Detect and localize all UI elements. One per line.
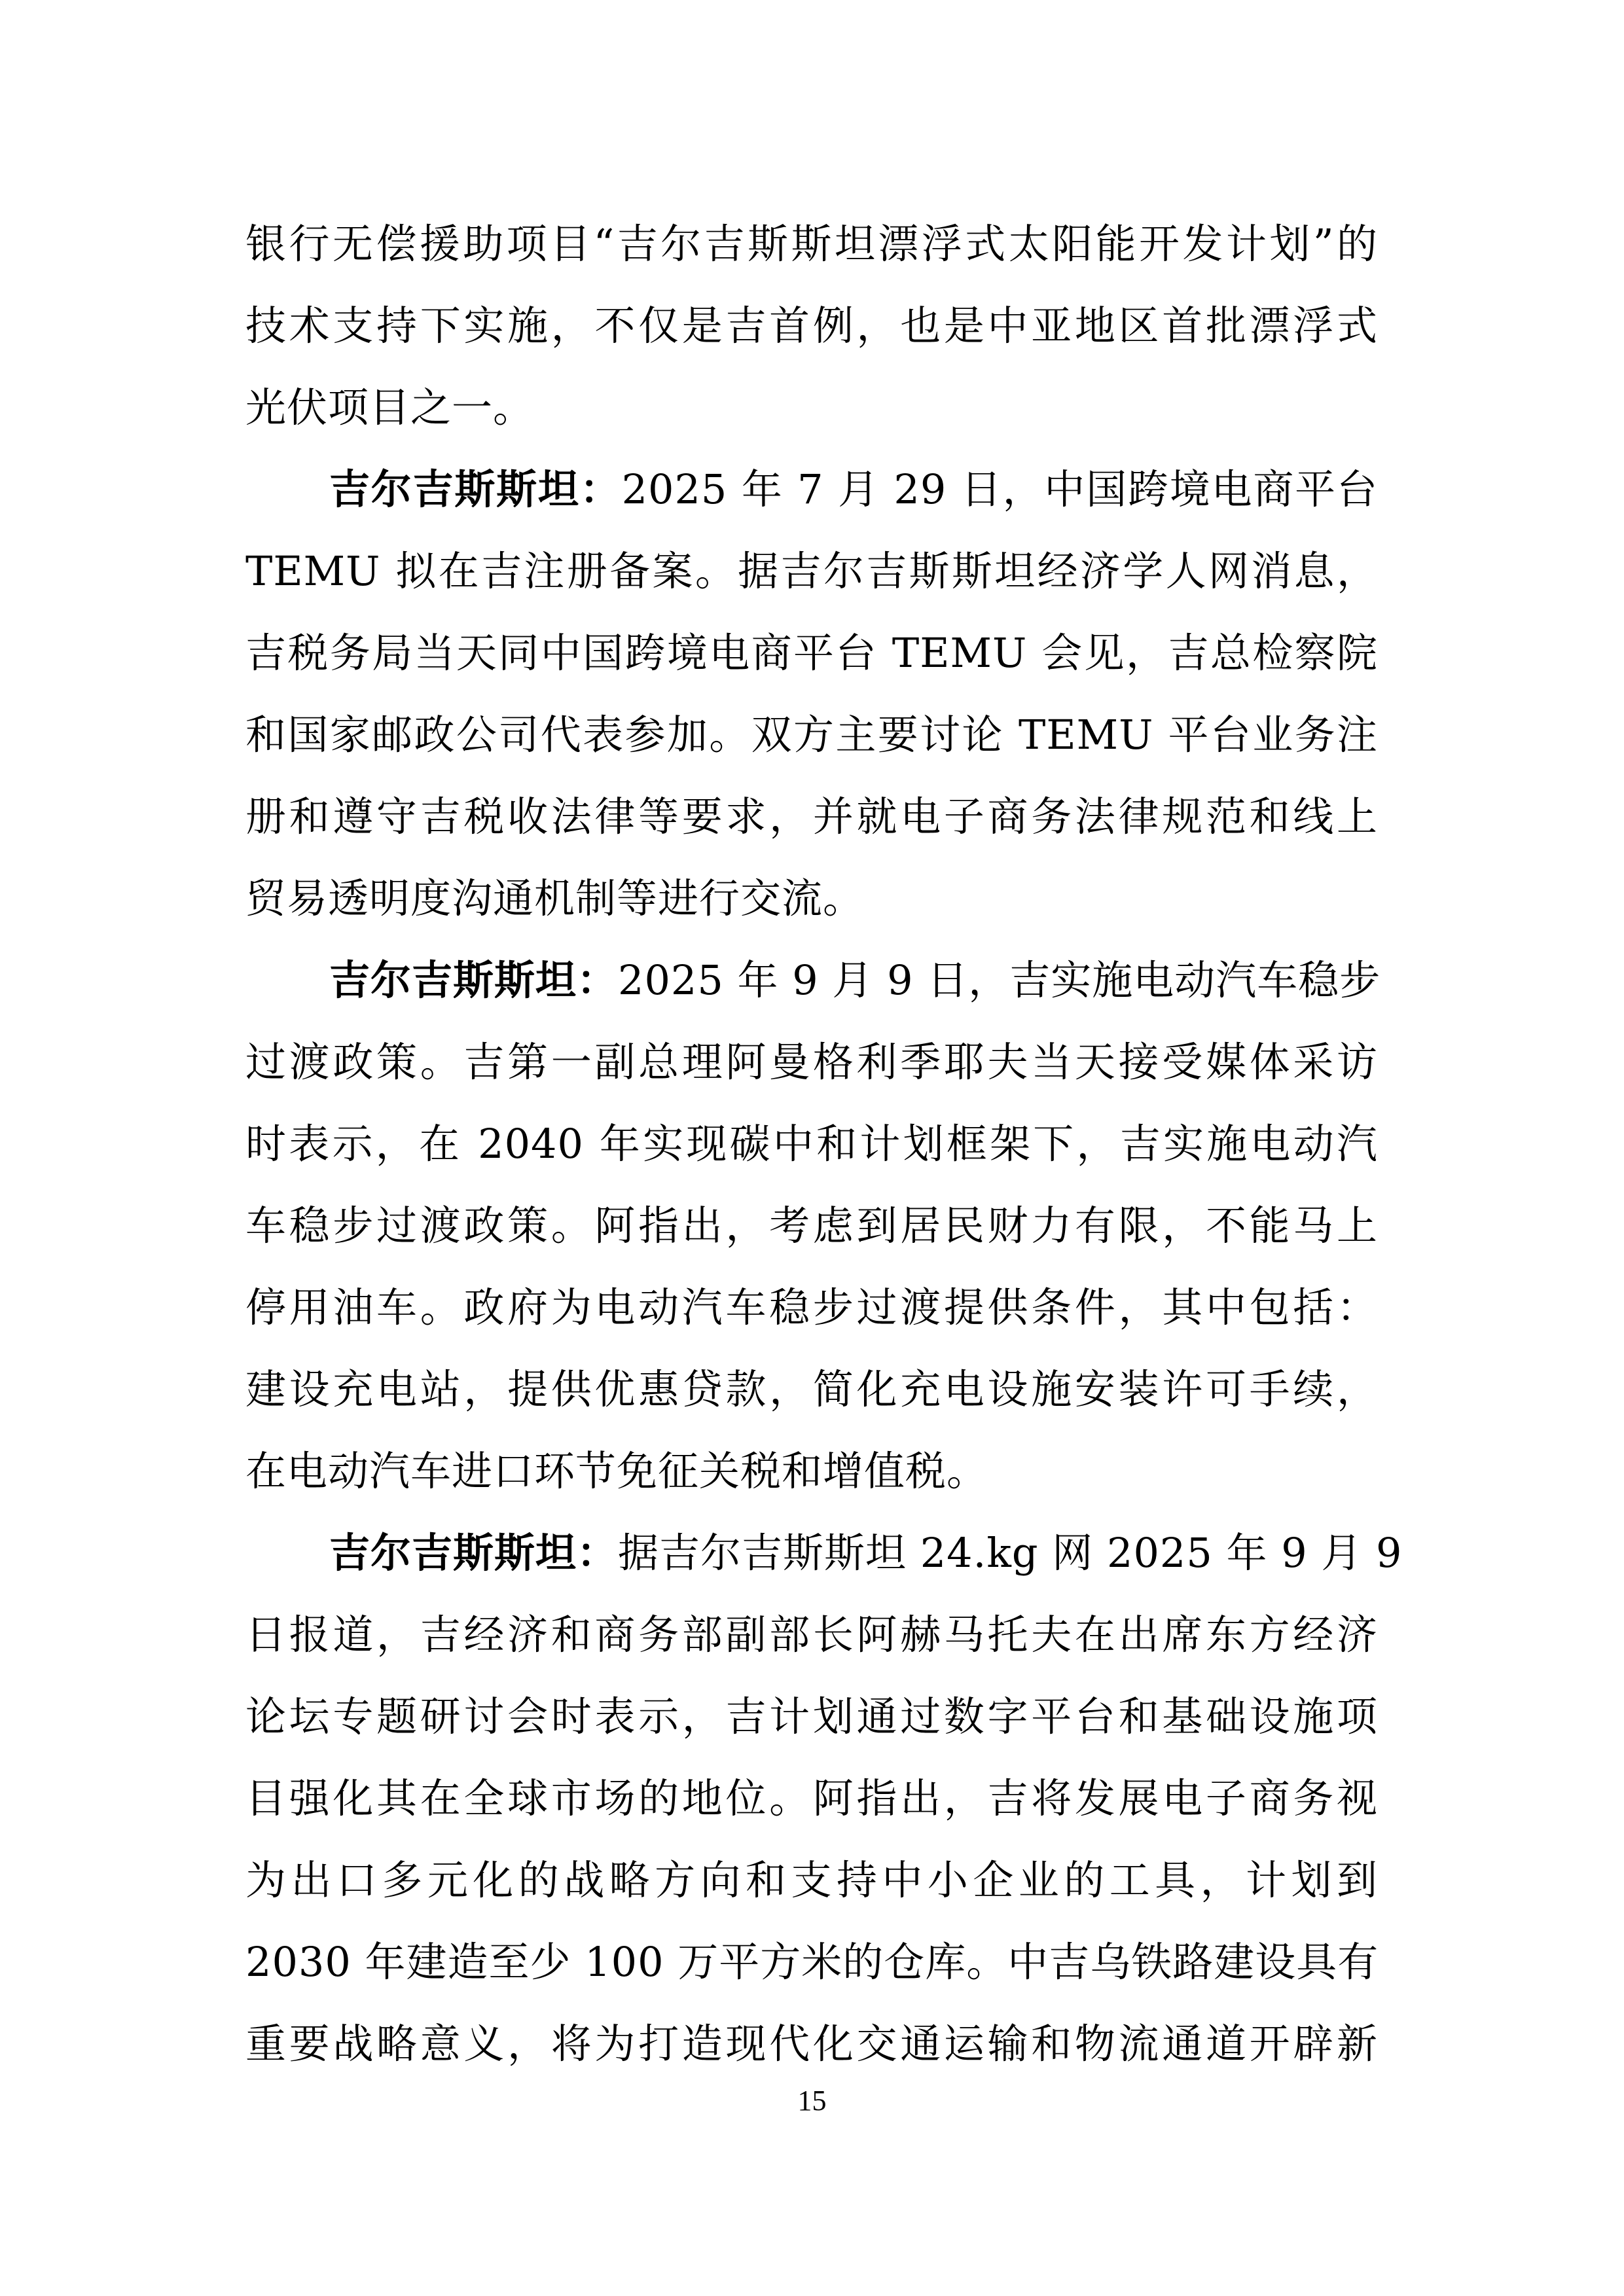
text-line: 在电动汽车进口环节免征关税和增值税。 (245, 1430, 1378, 1512)
text-line: 吉尔吉斯斯坦：据吉尔吉斯斯坦 24.kg 网 2025 年 9 月 9 (245, 1512, 1378, 1594)
paragraph-continuation: 银行无偿援助项目“吉尔吉斯斯坦漂浮式太阳能开发计划”的 技术支持下实施，不仅是吉… (245, 203, 1378, 448)
text-line: 目强化其在全球市场的地位。阿指出，吉将发展电子商务视 (245, 1757, 1378, 1839)
text-line: 和国家邮政公司代表参加。双方主要讨论 TEMU 平台业务注 (245, 694, 1378, 776)
text-line: 时表示，在 2040 年实现碳中和计划框架下，吉实施电动汽 (245, 1103, 1378, 1185)
text-line: 2030 年建造至少 100 万平方米的仓库。中吉乌铁路建设具有 (245, 1921, 1378, 2003)
paragraph-lead-country: 吉尔吉斯斯坦： (329, 465, 622, 513)
text-line: 重要战略意义，将为打造现代化交通运输和物流通道开辟新 (245, 2003, 1378, 2085)
text-line: TEMU 拟在吉注册备案。据吉尔吉斯斯坦经济学人网消息， (245, 530, 1378, 612)
paragraph-ecommerce-strategy: 吉尔吉斯斯坦：据吉尔吉斯斯坦 24.kg 网 2025 年 9 月 9 日报道，… (245, 1512, 1378, 2085)
text-line: 为出口多元化的战略方向和支持中小企业的工具，计划到 (245, 1839, 1378, 1921)
text-line: 车稳步过渡政策。阿指出，考虑到居民财力有限，不能马上 (245, 1185, 1378, 1266)
paragraph-temu-registration: 吉尔吉斯斯坦：2025 年 7 月 29 日，中国跨境电商平台 TEMU 拟在吉… (245, 448, 1378, 939)
text-line: 吉尔吉斯斯坦：2025 年 7 月 29 日，中国跨境电商平台 (245, 448, 1378, 530)
text-line: 过渡政策。吉第一副总理阿曼格利季耶夫当天接受媒体采访 (245, 1021, 1378, 1103)
paragraph-ev-transition: 吉尔吉斯斯坦：2025 年 9 月 9 日，吉实施电动汽车稳步 过渡政策。吉第一… (245, 939, 1378, 1512)
document-page: 银行无偿援助项目“吉尔吉斯斯坦漂浮式太阳能开发计划”的 技术支持下实施，不仅是吉… (0, 0, 1624, 2296)
text-line: 建设充电站，提供优惠贷款，简化充电设施安装许可手续， (245, 1348, 1378, 1430)
text-line: 银行无偿援助项目“吉尔吉斯斯坦漂浮式太阳能开发计划”的 (245, 203, 1378, 285)
paragraph-lead-country: 吉尔吉斯斯坦： (329, 1529, 618, 1577)
text-line: 技术支持下实施，不仅是吉首例，也是中亚地区首批漂浮式 (245, 285, 1378, 367)
page-number: 15 (0, 2081, 1624, 2121)
text-line: 册和遵守吉税收法律等要求，并就电子商务法律规范和线上 (245, 776, 1378, 857)
text-run: 2025 年 7 月 29 日，中国跨境电商平台 (622, 465, 1378, 513)
body-text: 银行无偿援助项目“吉尔吉斯斯坦漂浮式太阳能开发计划”的 技术支持下实施，不仅是吉… (245, 203, 1378, 2085)
text-line: 论坛专题研讨会时表示，吉计划通过数字平台和基础设施项 (245, 1676, 1378, 1757)
text-line: 停用油车。政府为电动汽车稳步过渡提供条件，其中包括： (245, 1266, 1378, 1348)
text-run: 2025 年 9 月 9 日，吉实施电动汽车稳步 (618, 956, 1380, 1004)
text-line: 日报道，吉经济和商务部副部长阿赫马托夫在出席东方经济 (245, 1594, 1378, 1676)
text-line: 吉尔吉斯斯坦：2025 年 9 月 9 日，吉实施电动汽车稳步 (245, 939, 1378, 1021)
text-run: 据吉尔吉斯斯坦 24.kg 网 2025 年 9 月 9 (618, 1529, 1403, 1577)
text-line: 吉税务局当天同中国跨境电商平台 TEMU 会见，吉总检察院 (245, 612, 1378, 694)
paragraph-lead-country: 吉尔吉斯斯坦： (329, 956, 618, 1004)
text-line: 光伏项目之一。 (245, 367, 1378, 448)
text-line: 贸易透明度沟通机制等进行交流。 (245, 857, 1378, 939)
